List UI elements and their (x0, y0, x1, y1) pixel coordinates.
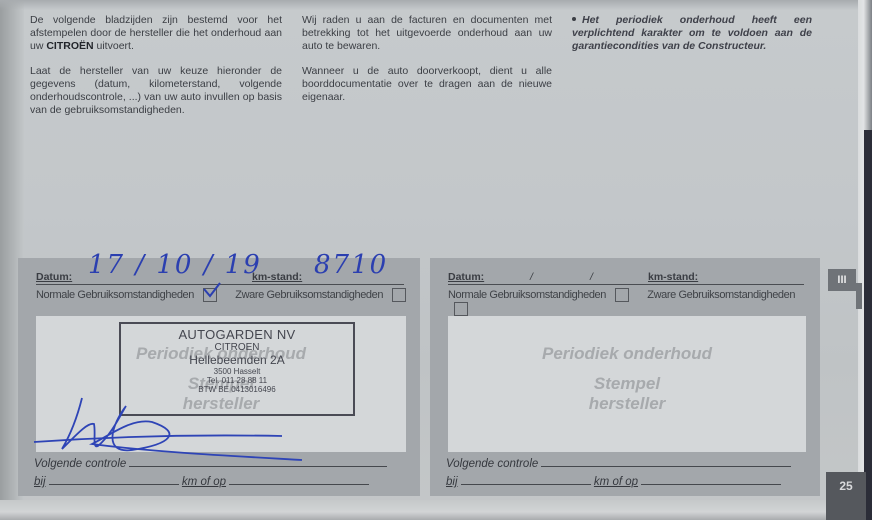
signature (32, 394, 332, 464)
normal-usage-label: Normale Gebruiksomstandigheden (36, 289, 194, 301)
section-tab-tail (856, 283, 862, 309)
manual-page: De volgende bladzijden zijn bestemd voor… (0, 0, 872, 520)
heavy-usage-label: Zware Gebruiksomstandigheden (235, 289, 383, 301)
dealer-vat: BTW BE 0413016496 (121, 385, 353, 394)
next-check-label: Volgende controle (34, 458, 126, 470)
dealer-brand: CITROEN (121, 342, 353, 353)
km-of-op-label: km of op (182, 476, 226, 488)
intro-paragraph-2: Laat de hersteller van uw keuze hieronde… (30, 65, 282, 117)
next-date-field[interactable] (641, 484, 781, 485)
next-check-km-row: bij km of op (34, 476, 406, 488)
date-separator: / (530, 271, 533, 283)
brand-name: CITROËN (46, 40, 93, 52)
stamp-placeholder-title: Periodiek onderhoud (448, 344, 806, 364)
normal-usage-checkbox[interactable] (615, 288, 629, 302)
next-check-row: Volgende controle (34, 458, 406, 470)
intro-column-2: Wij raden u aan de facturen en documente… (302, 14, 552, 116)
datum-row: Datum: / / km-stand: (448, 266, 804, 285)
intro-column-1: De volgende bladzijden zijn bestemd voor… (30, 14, 282, 129)
heavy-usage-checkbox[interactable] (392, 288, 406, 302)
advice-paragraph-1: Wij raden u aan de facturen en documente… (302, 14, 552, 53)
dealer-phone: Tel. 011 28 88 11 (121, 376, 353, 385)
next-check-label: Volgende controle (446, 458, 538, 470)
checkmark-icon (202, 281, 222, 299)
intro-paragraph-1: De volgende bladzijden zijn bestemd voor… (30, 14, 282, 53)
next-date-field[interactable] (229, 484, 369, 485)
section-tab: III (828, 269, 856, 291)
advice-paragraph-2: Wanneer u de auto doorverkoopt, dient u … (302, 65, 552, 104)
next-check-km-row: bij km of op (446, 476, 806, 488)
datum-label: Datum: (448, 271, 484, 283)
next-check-field[interactable] (129, 466, 387, 467)
stamp-placeholder-line2: hersteller (448, 394, 806, 414)
heavy-usage-label: Zware Gebruiksomstandigheden (647, 289, 795, 301)
date-separator: / (590, 271, 593, 283)
km-of-op-label: km of op (594, 476, 638, 488)
background-surface (864, 130, 872, 520)
stamp-area[interactable]: Periodiek onderhoud Stempel hersteller (448, 316, 806, 452)
intro-text: uitvoert. (94, 40, 134, 52)
next-check-field[interactable] (541, 466, 791, 467)
next-km-field[interactable] (461, 484, 591, 485)
km-stand-label: km-stand: (648, 271, 698, 283)
normal-usage-checkbox[interactable] (203, 288, 217, 302)
bij-label: bij (446, 476, 458, 488)
page-number: 25 (826, 472, 866, 520)
usage-conditions-row: Normale Gebruiksomstandigheden Zware Geb… (36, 288, 410, 304)
usage-conditions-row: Normale Gebruiksomstandigheden Zware Geb… (448, 288, 810, 304)
dealer-city: 3500 Hasselt (121, 367, 353, 376)
datum-handwritten-value[interactable]: 17 / 10 / 19 (88, 250, 262, 280)
km-stand-label: km-stand: (252, 271, 302, 283)
bullet-icon (572, 17, 576, 21)
dealer-name: AUTOGARDEN NV (121, 327, 353, 342)
next-check-row: Volgende controle (446, 458, 806, 470)
warranty-note: Het periodiek onderhoud heeft een verpli… (572, 14, 812, 52)
datum-label: Datum: (36, 271, 72, 283)
normal-usage-label: Normale Gebruiksomstandigheden (448, 289, 606, 301)
top-shadow (0, 0, 872, 10)
bij-label: bij (34, 476, 46, 488)
heavy-usage-checkbox[interactable] (454, 302, 468, 316)
maintenance-record-empty: Datum: / / km-stand: Normale Gebruiksoms… (430, 258, 820, 496)
dealer-street: Hellebeemden 2A (121, 353, 353, 367)
page-bottom-edge (0, 500, 826, 520)
km-stand-handwritten-value[interactable]: 8710 (314, 250, 388, 280)
stamp-placeholder-line1: Stempel (448, 374, 806, 394)
intro-column-3: Het periodiek onderhoud heeft een verpli… (572, 14, 812, 53)
next-km-field[interactable] (49, 484, 179, 485)
maintenance-record-filled: Datum: 17 / 10 / 19 km-stand: 8710 Norma… (18, 258, 420, 496)
